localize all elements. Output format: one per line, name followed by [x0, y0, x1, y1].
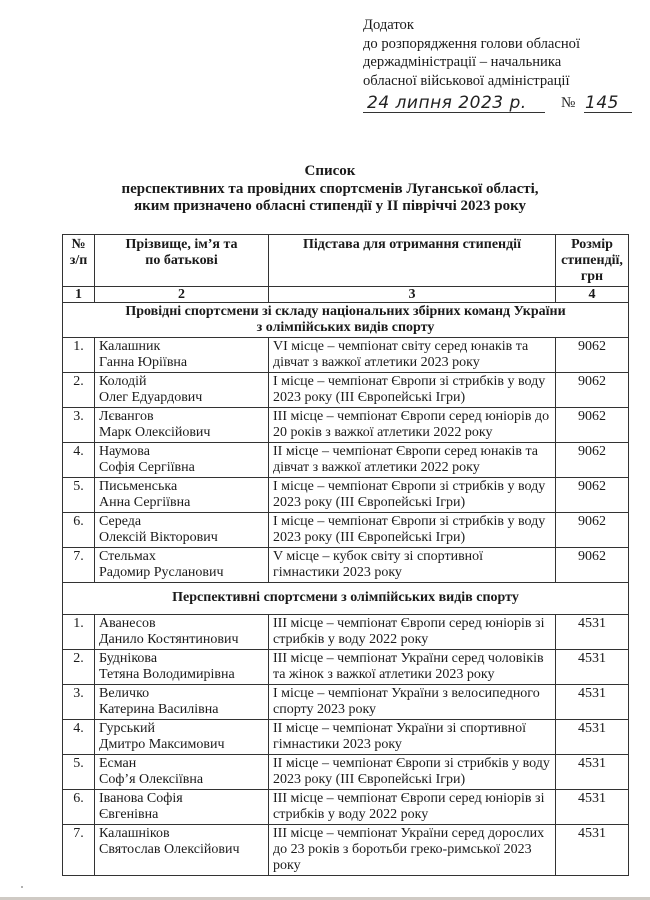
table-row: 6.СередаОлексій ВікторовичІ місце – чемп… — [63, 513, 629, 548]
athlete-surname: Гурський — [99, 721, 264, 737]
stipend-amount: 4531 — [556, 755, 629, 790]
section-title-line: з олімпійських видів спорту — [67, 320, 624, 336]
athlete-given-names: Олексій Вікторович — [99, 530, 264, 546]
athlete-name: КолодійОлег Едуардович — [95, 373, 269, 408]
header-name: Прізвище, ім’я тапо батькові — [95, 235, 269, 287]
stipend-basis: І місце – чемпіонат Європи зі стрибків у… — [269, 373, 556, 408]
table-row: 2.КолодійОлег ЕдуардовичІ місце – чемпіо… — [63, 373, 629, 408]
athlete-name: ЛєванговМарк Олексійович — [95, 408, 269, 443]
row-number: 6. — [63, 513, 95, 548]
section-title-line: Перспективні спортсмени з олімпійських в… — [67, 590, 624, 606]
athlete-name: КалашніковСвятослав Олексійович — [95, 825, 269, 876]
athlete-name: АванесовДанило Костянтинович — [95, 615, 269, 650]
section-title: Перспективні спортсмени з олімпійських в… — [63, 583, 629, 615]
column-number: 4 — [556, 287, 629, 303]
table-row: 5.ЕсманСоф’я ОлексіївнаІІ місце – чемпіо… — [63, 755, 629, 790]
column-number: 3 — [269, 287, 556, 303]
column-number: 1 — [63, 287, 95, 303]
stipend-basis: ІІІ місце – чемпіонат Європи серед юніор… — [269, 615, 556, 650]
section-header-row: Перспективні спортсмени з олімпійських в… — [63, 583, 629, 615]
athlete-surname: Лєвангов — [99, 409, 264, 425]
athlete-surname: Колодій — [99, 374, 264, 390]
athlete-surname: Аванесов — [99, 616, 264, 632]
stipend-basis: І місце – чемпіонат Європи зі стрибків у… — [269, 513, 556, 548]
order-date: 24 липня 2023 р. — [367, 93, 527, 113]
appendix-line: обласної військової адміністрації — [363, 72, 580, 91]
athlete-surname: Стельмах — [99, 549, 264, 565]
stipend-basis: І місце – чемпіонат України з велосипедн… — [269, 685, 556, 720]
table-row: 4.НаумоваСофія СергіївнаІІ місце – чемпі… — [63, 443, 629, 478]
athlete-given-names: Соф’я Олексіївна — [99, 772, 264, 788]
athlete-given-names: Катерина Василівна — [99, 702, 264, 718]
stipend-basis: ІІІ місце – чемпіонат України серед доро… — [269, 825, 556, 876]
order-date-number: 24 липня 2023 р. № 145 — [363, 91, 643, 115]
stipend-amount: 9062 — [556, 478, 629, 513]
table-row: 3.ЛєванговМарк ОлексійовичІІІ місце – че… — [63, 408, 629, 443]
title-line: Список — [60, 163, 600, 181]
table-row: 7.СтельмахРадомир РуслановичV місце – ку… — [63, 548, 629, 583]
section-title: Провідні спортсмени зі складу національн… — [63, 303, 629, 338]
stipend-amount: 9062 — [556, 408, 629, 443]
stipend-amount: 4531 — [556, 790, 629, 825]
athlete-given-names: Тетяна Володимирівна — [99, 667, 264, 683]
athlete-given-names: Марк Олексійович — [99, 425, 264, 441]
row-number: 4. — [63, 443, 95, 478]
table-row: 5.ПисьменськаАнна СергіївнаІ місце – чем… — [63, 478, 629, 513]
stipend-basis: VI місце – чемпіонат світу серед юнаків … — [269, 338, 556, 373]
table-row: 1.АванесовДанило КостянтиновичІІІ місце … — [63, 615, 629, 650]
athlete-surname: Середа — [99, 514, 264, 530]
athlete-name: ПисьменськаАнна Сергіївна — [95, 478, 269, 513]
row-number: 7. — [63, 825, 95, 876]
appendix-title: Додаток — [363, 16, 580, 35]
athlete-name: КалашникГанна Юріївна — [95, 338, 269, 373]
appendix-line: до розпорядження голови обласної — [363, 35, 580, 54]
athlete-given-names: Ганна Юріївна — [99, 355, 264, 371]
athlete-name: БудніковаТетяна Володимирівна — [95, 650, 269, 685]
athlete-given-names: Данило Костянтинович — [99, 632, 264, 648]
row-number: 5. — [63, 755, 95, 790]
title-line: перспективних та провідних спортсменів Л… — [60, 181, 600, 199]
stipend-amount: 4531 — [556, 650, 629, 685]
stipend-amount: 9062 — [556, 373, 629, 408]
stipend-basis: ІІІ місце – чемпіонат Європи серед юніор… — [269, 408, 556, 443]
section-header-row: Провідні спортсмени зі складу національн… — [63, 303, 629, 338]
athlete-surname: Іванова Софія — [99, 791, 264, 807]
row-number: 1. — [63, 338, 95, 373]
athlete-name: НаумоваСофія Сергіївна — [95, 443, 269, 478]
row-number: 2. — [63, 373, 95, 408]
row-number: 5. — [63, 478, 95, 513]
row-number: 3. — [63, 685, 95, 720]
athlete-given-names: Анна Сергіївна — [99, 495, 264, 511]
athlete-given-names: Дмитро Максимович — [99, 737, 264, 753]
stipend-amount: 9062 — [556, 513, 629, 548]
row-number: 4. — [63, 720, 95, 755]
athlete-surname: Калашніков — [99, 826, 264, 842]
athlete-given-names: Софія Сергіївна — [99, 460, 264, 476]
stipend-amount: 4531 — [556, 720, 629, 755]
athlete-given-names: Євгенівна — [99, 807, 264, 823]
athlete-surname: Буднікова — [99, 651, 264, 667]
stipend-amount: 9062 — [556, 548, 629, 583]
athlete-given-names: Радомир Русланович — [99, 565, 264, 581]
athlete-given-names: Олег Едуардович — [99, 390, 264, 406]
header-amount: Розмірстипендії,грн — [556, 235, 629, 287]
stipend-amount: 4531 — [556, 685, 629, 720]
table-row: 7.КалашніковСвятослав ОлексійовичІІІ міс… — [63, 825, 629, 876]
athlete-given-names: Святослав Олексійович — [99, 842, 264, 858]
stipend-basis: ІІІ місце – чемпіонат Європи серед юніор… — [269, 790, 556, 825]
table-row: 4.ГурськийДмитро МаксимовичІІ місце – че… — [63, 720, 629, 755]
appendix-line: держадміністрації – начальника — [363, 53, 580, 72]
athlete-name: ЕсманСоф’я Олексіївна — [95, 755, 269, 790]
header-basis: Підстава для отримання стипендії — [269, 235, 556, 287]
title-line: яким призначено обласні стипендії у ІІ п… — [60, 198, 600, 216]
column-number: 2 — [95, 287, 269, 303]
athlete-surname: Наумова — [99, 444, 264, 460]
row-number: 2. — [63, 650, 95, 685]
athlete-surname: Калашник — [99, 339, 264, 355]
athlete-surname: Письменська — [99, 479, 264, 495]
scan-speck — [21, 886, 23, 888]
stipend-table: №з/п Прізвище, ім’я тапо батькові Підста… — [62, 234, 629, 876]
stipend-amount: 9062 — [556, 443, 629, 478]
document-title: Список перспективних та провідних спортс… — [60, 163, 600, 216]
table-row: 1.КалашникГанна ЮріївнаVI місце – чемпіо… — [63, 338, 629, 373]
stipend-basis: ІІ місце – чемпіонат Європи серед юнаків… — [269, 443, 556, 478]
row-number: 7. — [63, 548, 95, 583]
stipend-basis: V місце – кубок світу зі спортивної гімн… — [269, 548, 556, 583]
appendix-header: Додаток до розпорядження голови обласної… — [363, 16, 580, 90]
athlete-name: СередаОлексій Вікторович — [95, 513, 269, 548]
athlete-name: Іванова СофіяЄвгенівна — [95, 790, 269, 825]
stipend-basis: ІІ місце – чемпіонат України зі спортивн… — [269, 720, 556, 755]
table-header-row: №з/п Прізвище, ім’я тапо батькові Підста… — [63, 235, 629, 287]
section-title-line: Провідні спортсмени зі складу національн… — [67, 304, 624, 320]
athlete-name: ВеличкоКатерина Василівна — [95, 685, 269, 720]
athlete-surname: Есман — [99, 756, 264, 772]
athlete-name: ГурськийДмитро Максимович — [95, 720, 269, 755]
order-number-label: № — [561, 95, 576, 112]
stipend-basis: ІІІ місце – чемпіонат України серед чоло… — [269, 650, 556, 685]
header-number: №з/п — [63, 235, 95, 287]
row-number: 3. — [63, 408, 95, 443]
stipend-basis: ІІ місце – чемпіонат Європи зі стрибків … — [269, 755, 556, 790]
athlete-surname: Величко — [99, 686, 264, 702]
order-number: 145 — [585, 93, 619, 113]
stipend-basis: І місце – чемпіонат Європи зі стрибків у… — [269, 478, 556, 513]
row-number: 6. — [63, 790, 95, 825]
table-row: 6.Іванова СофіяЄвгенівнаІІІ місце – чемп… — [63, 790, 629, 825]
stipend-amount: 4531 — [556, 825, 629, 876]
stipend-amount: 4531 — [556, 615, 629, 650]
stipend-amount: 9062 — [556, 338, 629, 373]
table-row: 3.ВеличкоКатерина ВасилівнаІ місце – чем… — [63, 685, 629, 720]
table-row: 2.БудніковаТетяна ВолодимирівнаІІІ місце… — [63, 650, 629, 685]
athlete-name: СтельмахРадомир Русланович — [95, 548, 269, 583]
column-number-row: 1 2 3 4 — [63, 287, 629, 303]
date-underline — [363, 112, 545, 113]
row-number: 1. — [63, 615, 95, 650]
number-underline — [584, 112, 632, 113]
